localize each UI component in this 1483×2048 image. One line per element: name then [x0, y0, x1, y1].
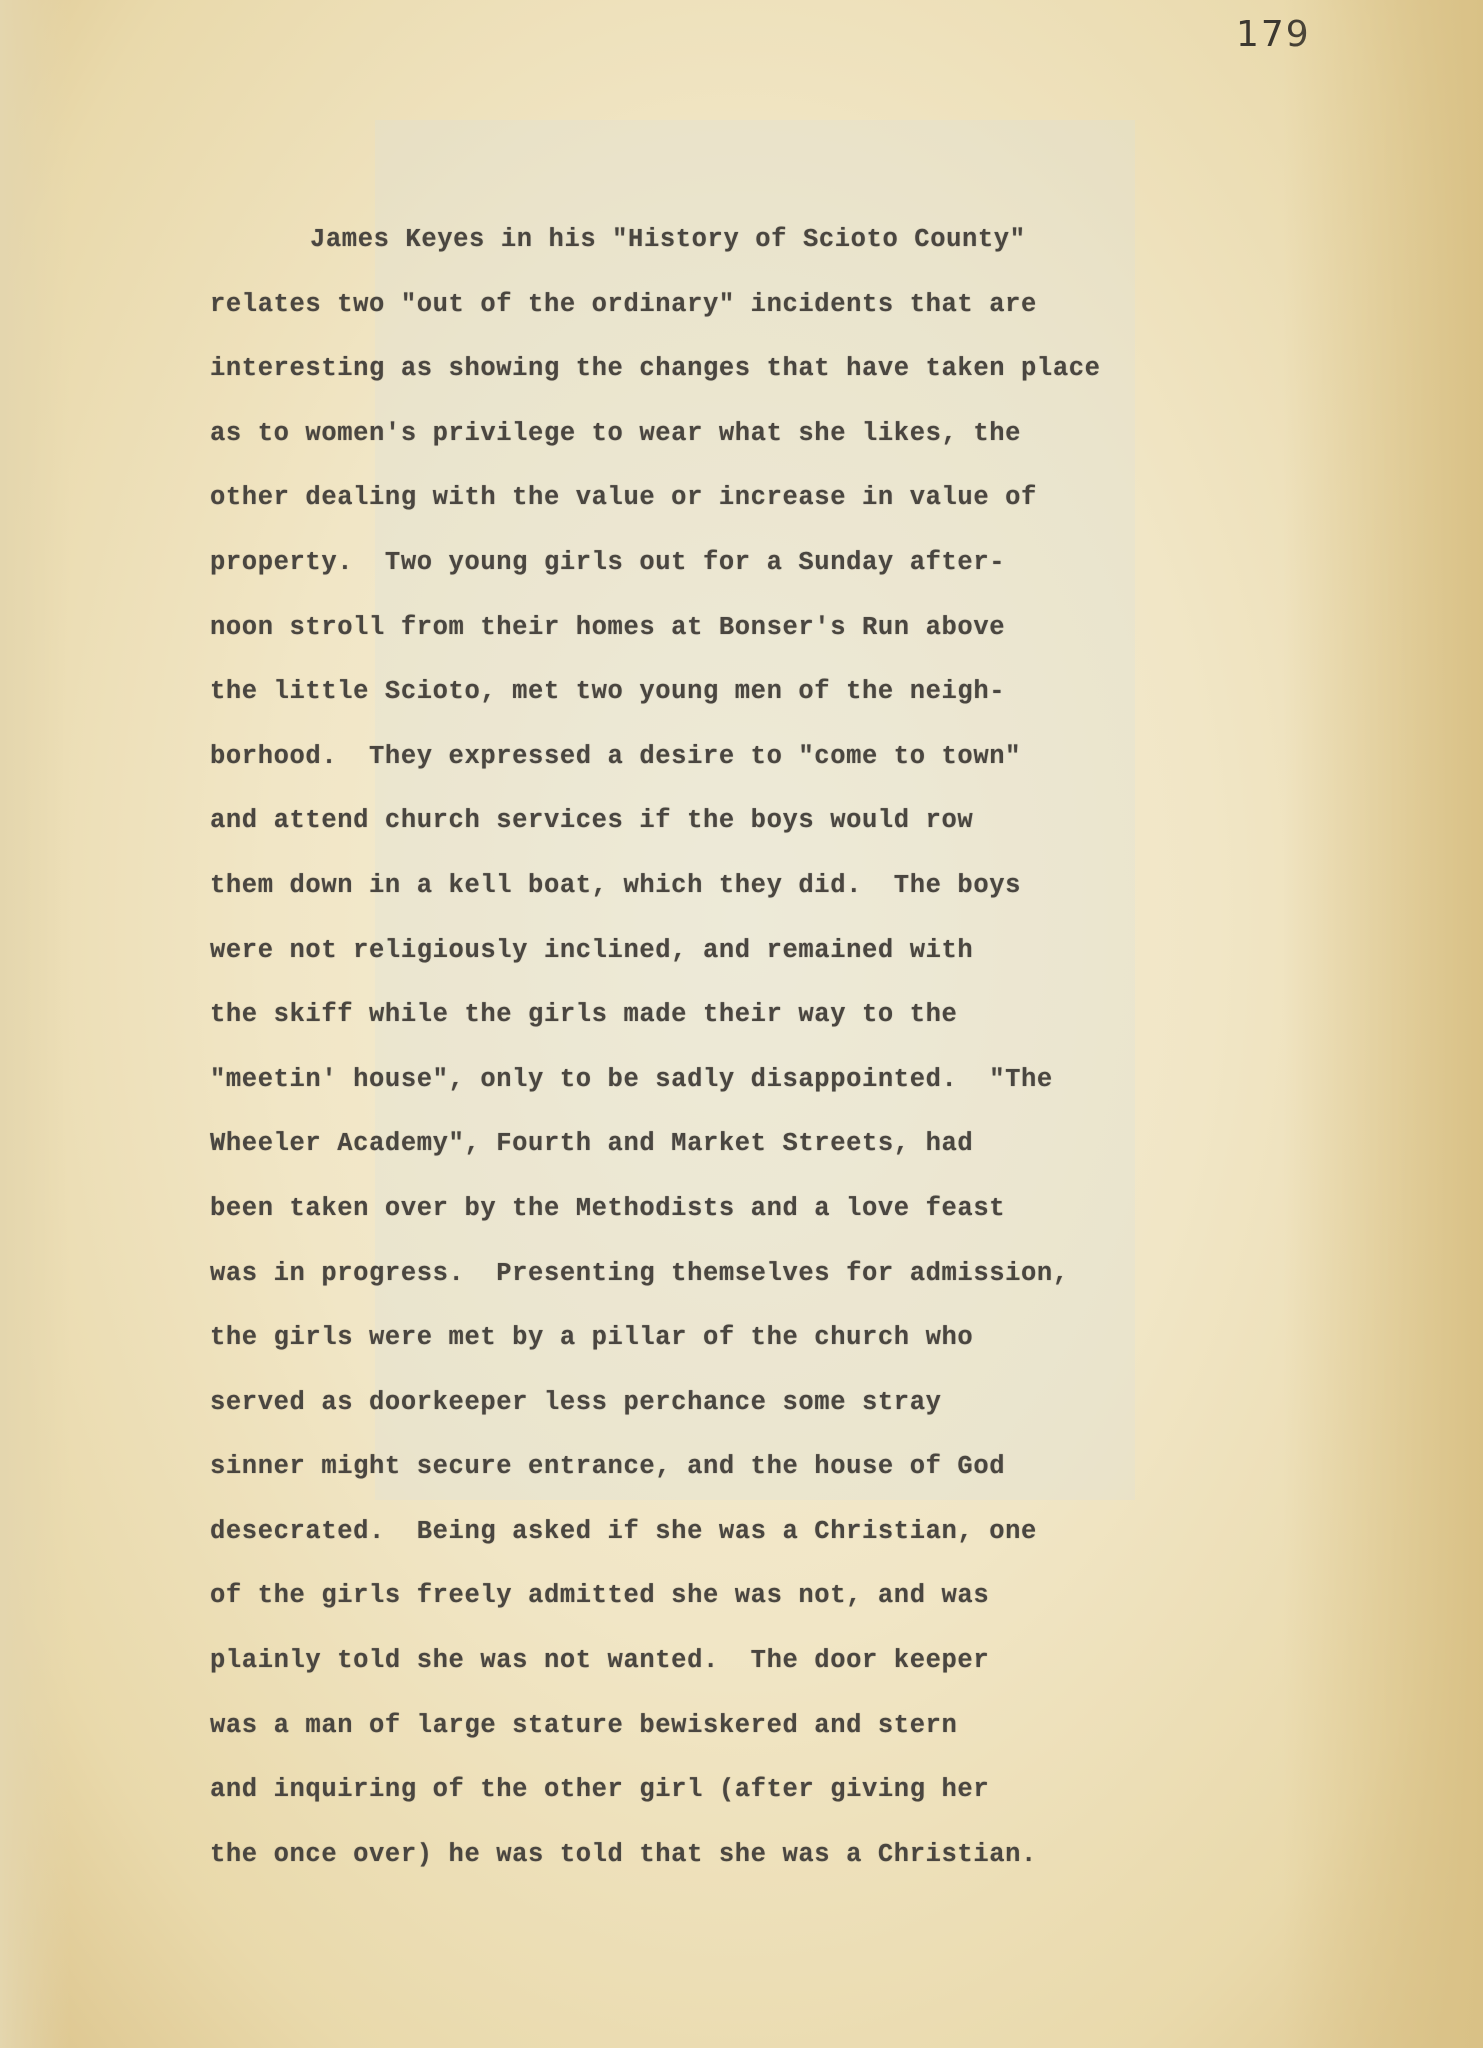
- text-line: desecrated. Being asked if she was a Chr…: [210, 1500, 1360, 1565]
- text-line: was in progress. Presenting themselves f…: [210, 1242, 1360, 1307]
- text-line: relates two "out of the ordinary" incide…: [210, 273, 1360, 338]
- text-line: and attend church services if the boys w…: [210, 789, 1360, 854]
- text-line: plainly told she was not wanted. The doo…: [210, 1629, 1360, 1694]
- page-number: 179: [1236, 14, 1311, 55]
- text-line: the little Scioto, met two young men of …: [210, 660, 1360, 725]
- text-line: been taken over by the Methodists and a …: [210, 1177, 1360, 1242]
- text-line: borhood. They expressed a desire to "com…: [210, 725, 1360, 790]
- text-line: sinner might secure entrance, and the ho…: [210, 1435, 1360, 1500]
- text-line: the once over) he was told that she was …: [210, 1823, 1360, 1888]
- text-line: was a man of large stature bewiskered an…: [210, 1694, 1360, 1759]
- text-line: Wheeler Academy", Fourth and Market Stre…: [210, 1112, 1360, 1177]
- text-line: and inquiring of the other girl (after g…: [210, 1758, 1360, 1823]
- typed-paragraph: James Keyes in his "History of Scioto Co…: [210, 208, 1360, 1887]
- text-line: of the girls freely admitted she was not…: [210, 1564, 1360, 1629]
- text-line: James Keyes in his "History of Scioto Co…: [210, 208, 1360, 273]
- text-line: the skiff while the girls made their way…: [210, 983, 1360, 1048]
- text-line: were not religiously inclined, and remai…: [210, 919, 1360, 984]
- text-line: interesting as showing the changes that …: [210, 337, 1360, 402]
- text-line: other dealing with the value or increase…: [210, 466, 1360, 531]
- text-line: property. Two young girls out for a Sund…: [210, 531, 1360, 596]
- text-line: the girls were met by a pillar of the ch…: [210, 1306, 1360, 1371]
- text-line: served as doorkeeper less perchance some…: [210, 1371, 1360, 1436]
- document-page: 179 James Keyes in his "History of Sciot…: [0, 0, 1483, 2048]
- text-line: noon stroll from their homes at Bonser's…: [210, 596, 1360, 661]
- text-line: as to women's privilege to wear what she…: [210, 402, 1360, 467]
- text-line: them down in a kell boat, which they did…: [210, 854, 1360, 919]
- text-line: "meetin' house", only to be sadly disapp…: [210, 1048, 1360, 1113]
